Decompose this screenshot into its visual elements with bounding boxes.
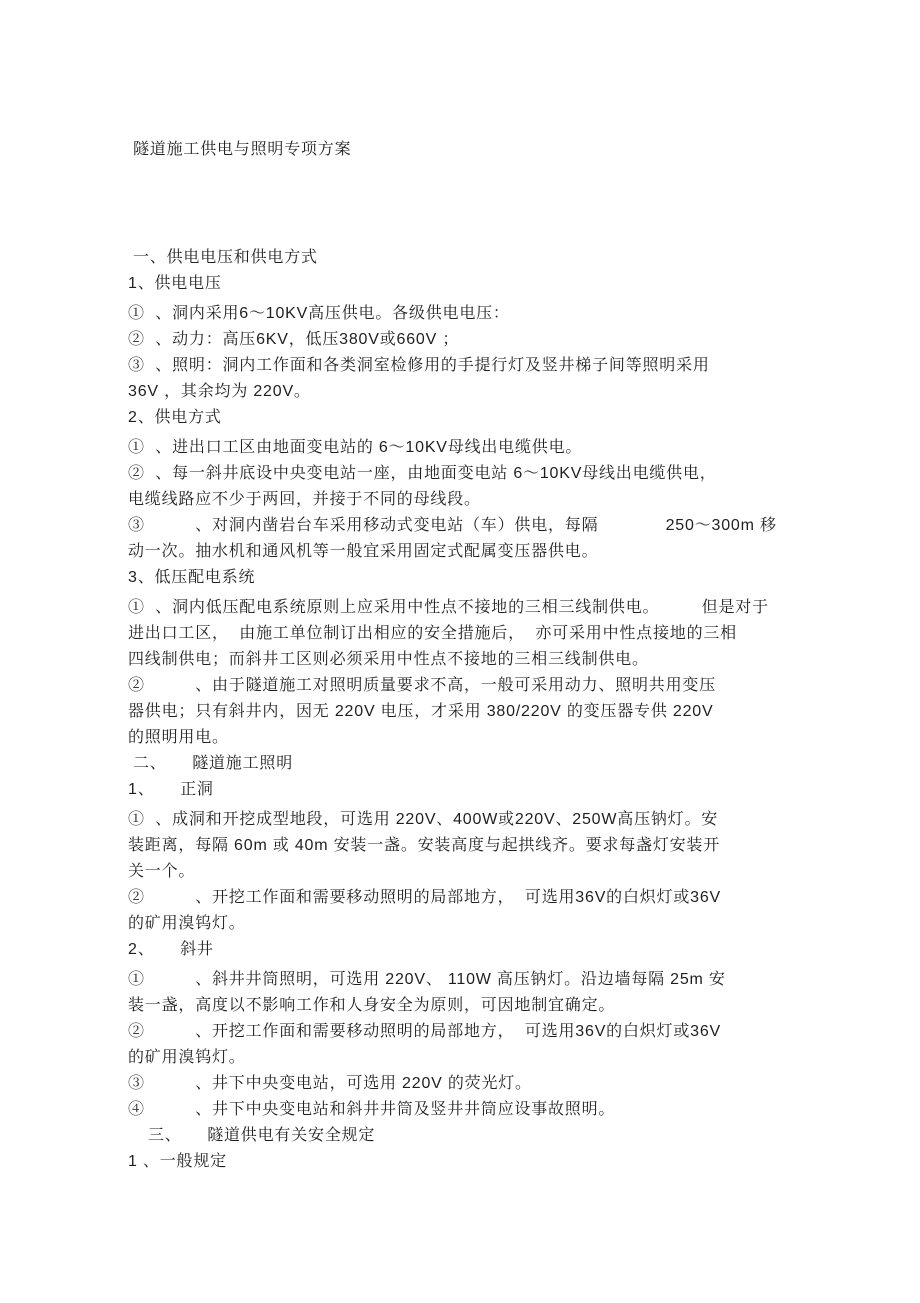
text-line: 动一次。抽水机和通风机等一般宜采用固定式配属变压器供电。 xyxy=(128,539,828,565)
text-line: 的照明用电。 xyxy=(128,725,828,751)
text-line: 装一盏，高度以不影响工作和人身安全为原则，可因地制宜确定。 xyxy=(128,993,828,1019)
text-line: 的矿用溴钨灯。 xyxy=(128,1045,828,1071)
text-line: 的矿用溴钨灯。 xyxy=(128,911,828,937)
subsection-heading: 2、供电方式 xyxy=(128,405,828,431)
text-line: ① 、进出口工区由地面变电站的 6～10KV母线出电缆供电。 xyxy=(128,435,828,461)
document-page: 隧道施工供电与照明专项方案 一、供电电压和供电方式 1、供电电压 ① 、洞内采用… xyxy=(0,0,920,1303)
text-line: 关一个。 xyxy=(128,859,828,885)
text-line: 电缆线路应不少于两回，并接于不同的母线段。 xyxy=(128,487,828,513)
text-line: ① 、洞内低压配电系统原则上应采用中性点不接地的三相三线制供电。 但是对于 xyxy=(128,595,828,621)
section-heading: 一、供电电压和供电方式 xyxy=(128,245,828,271)
section-heading: 三、 隧道供电有关安全规定 xyxy=(128,1123,828,1149)
text-line: ② 、开挖工作面和需要移动照明的局部地方， 可选用36V的白炽灯或36V xyxy=(128,1019,828,1045)
text-line: 进出口工区， 由施工单位制订出相应的安全措施后， 亦可采用中性点接地的三相 xyxy=(128,621,828,647)
text-line: ④ 、井下中央变电站和斜井井筒及竖井井筒应设事故照明。 xyxy=(128,1097,828,1123)
text-line: ③ 、对洞内凿岩台车采用移动式变电站（车）供电，每隔 250～300m 移 xyxy=(128,513,828,539)
text-line: ② 、每一斜井底设中央变电站一座，由地面变电站 6～10KV母线出电缆供电， xyxy=(128,461,828,487)
text-line: 36V ，其余均为 220V。 xyxy=(128,379,828,405)
text-line: 四线制供电；而斜井工区则必须采用中性点不接地的三相三线制供电。 xyxy=(128,647,828,673)
text-line: ① 、斜井井筒照明，可选用 220V、 110W 高压钠灯。沿边墙每隔 25m … xyxy=(128,967,828,993)
text-line: ② 、开挖工作面和需要移动照明的局部地方， 可选用36V的白炽灯或36V xyxy=(128,885,828,911)
text-line: ② 、由于隧道施工对照明质量要求不高，一般可采用动力、照明共用变压 xyxy=(128,673,828,699)
document-title: 隧道施工供电与照明专项方案 xyxy=(128,136,828,163)
text-line: 装距离，每隔 60m 或 40m 安装一盏。安装高度与起拱线齐。要求每盏灯安装开 xyxy=(128,833,828,859)
text-line: ① 、洞内采用6～10KV高压供电。各级供电电压： xyxy=(128,301,828,327)
subsection-heading: 1、 正洞 xyxy=(128,777,828,803)
subsection-heading: 2、 斜井 xyxy=(128,937,828,963)
text-line: 器供电；只有斜井内，因无 220V 电压，才采用 380/220V 的变压器专供… xyxy=(128,699,828,725)
text-line: ① 、成洞和开挖成型地段，可选用 220V、400W或220V、250W高压钠灯… xyxy=(128,807,828,833)
section-heading: 二、 隧道施工照明 xyxy=(128,751,828,777)
subsection-heading: 1 、一般规定 xyxy=(128,1149,828,1175)
document-content: 隧道施工供电与照明专项方案 一、供电电压和供电方式 1、供电电压 ① 、洞内采用… xyxy=(128,136,828,1175)
text-line: ③ 、井下中央变电站，可选用 220V 的荧光灯。 xyxy=(128,1071,828,1097)
subsection-heading: 1、供电电压 xyxy=(128,271,828,297)
text-line: ② 、动力：高压6KV，低压380V或660V ； xyxy=(128,327,828,353)
subsection-heading: 3、低压配电系统 xyxy=(128,565,828,591)
text-line: ③ 、照明：洞内工作面和各类洞室检修用的手提行灯及竖井梯子间等照明采用 xyxy=(128,353,828,379)
